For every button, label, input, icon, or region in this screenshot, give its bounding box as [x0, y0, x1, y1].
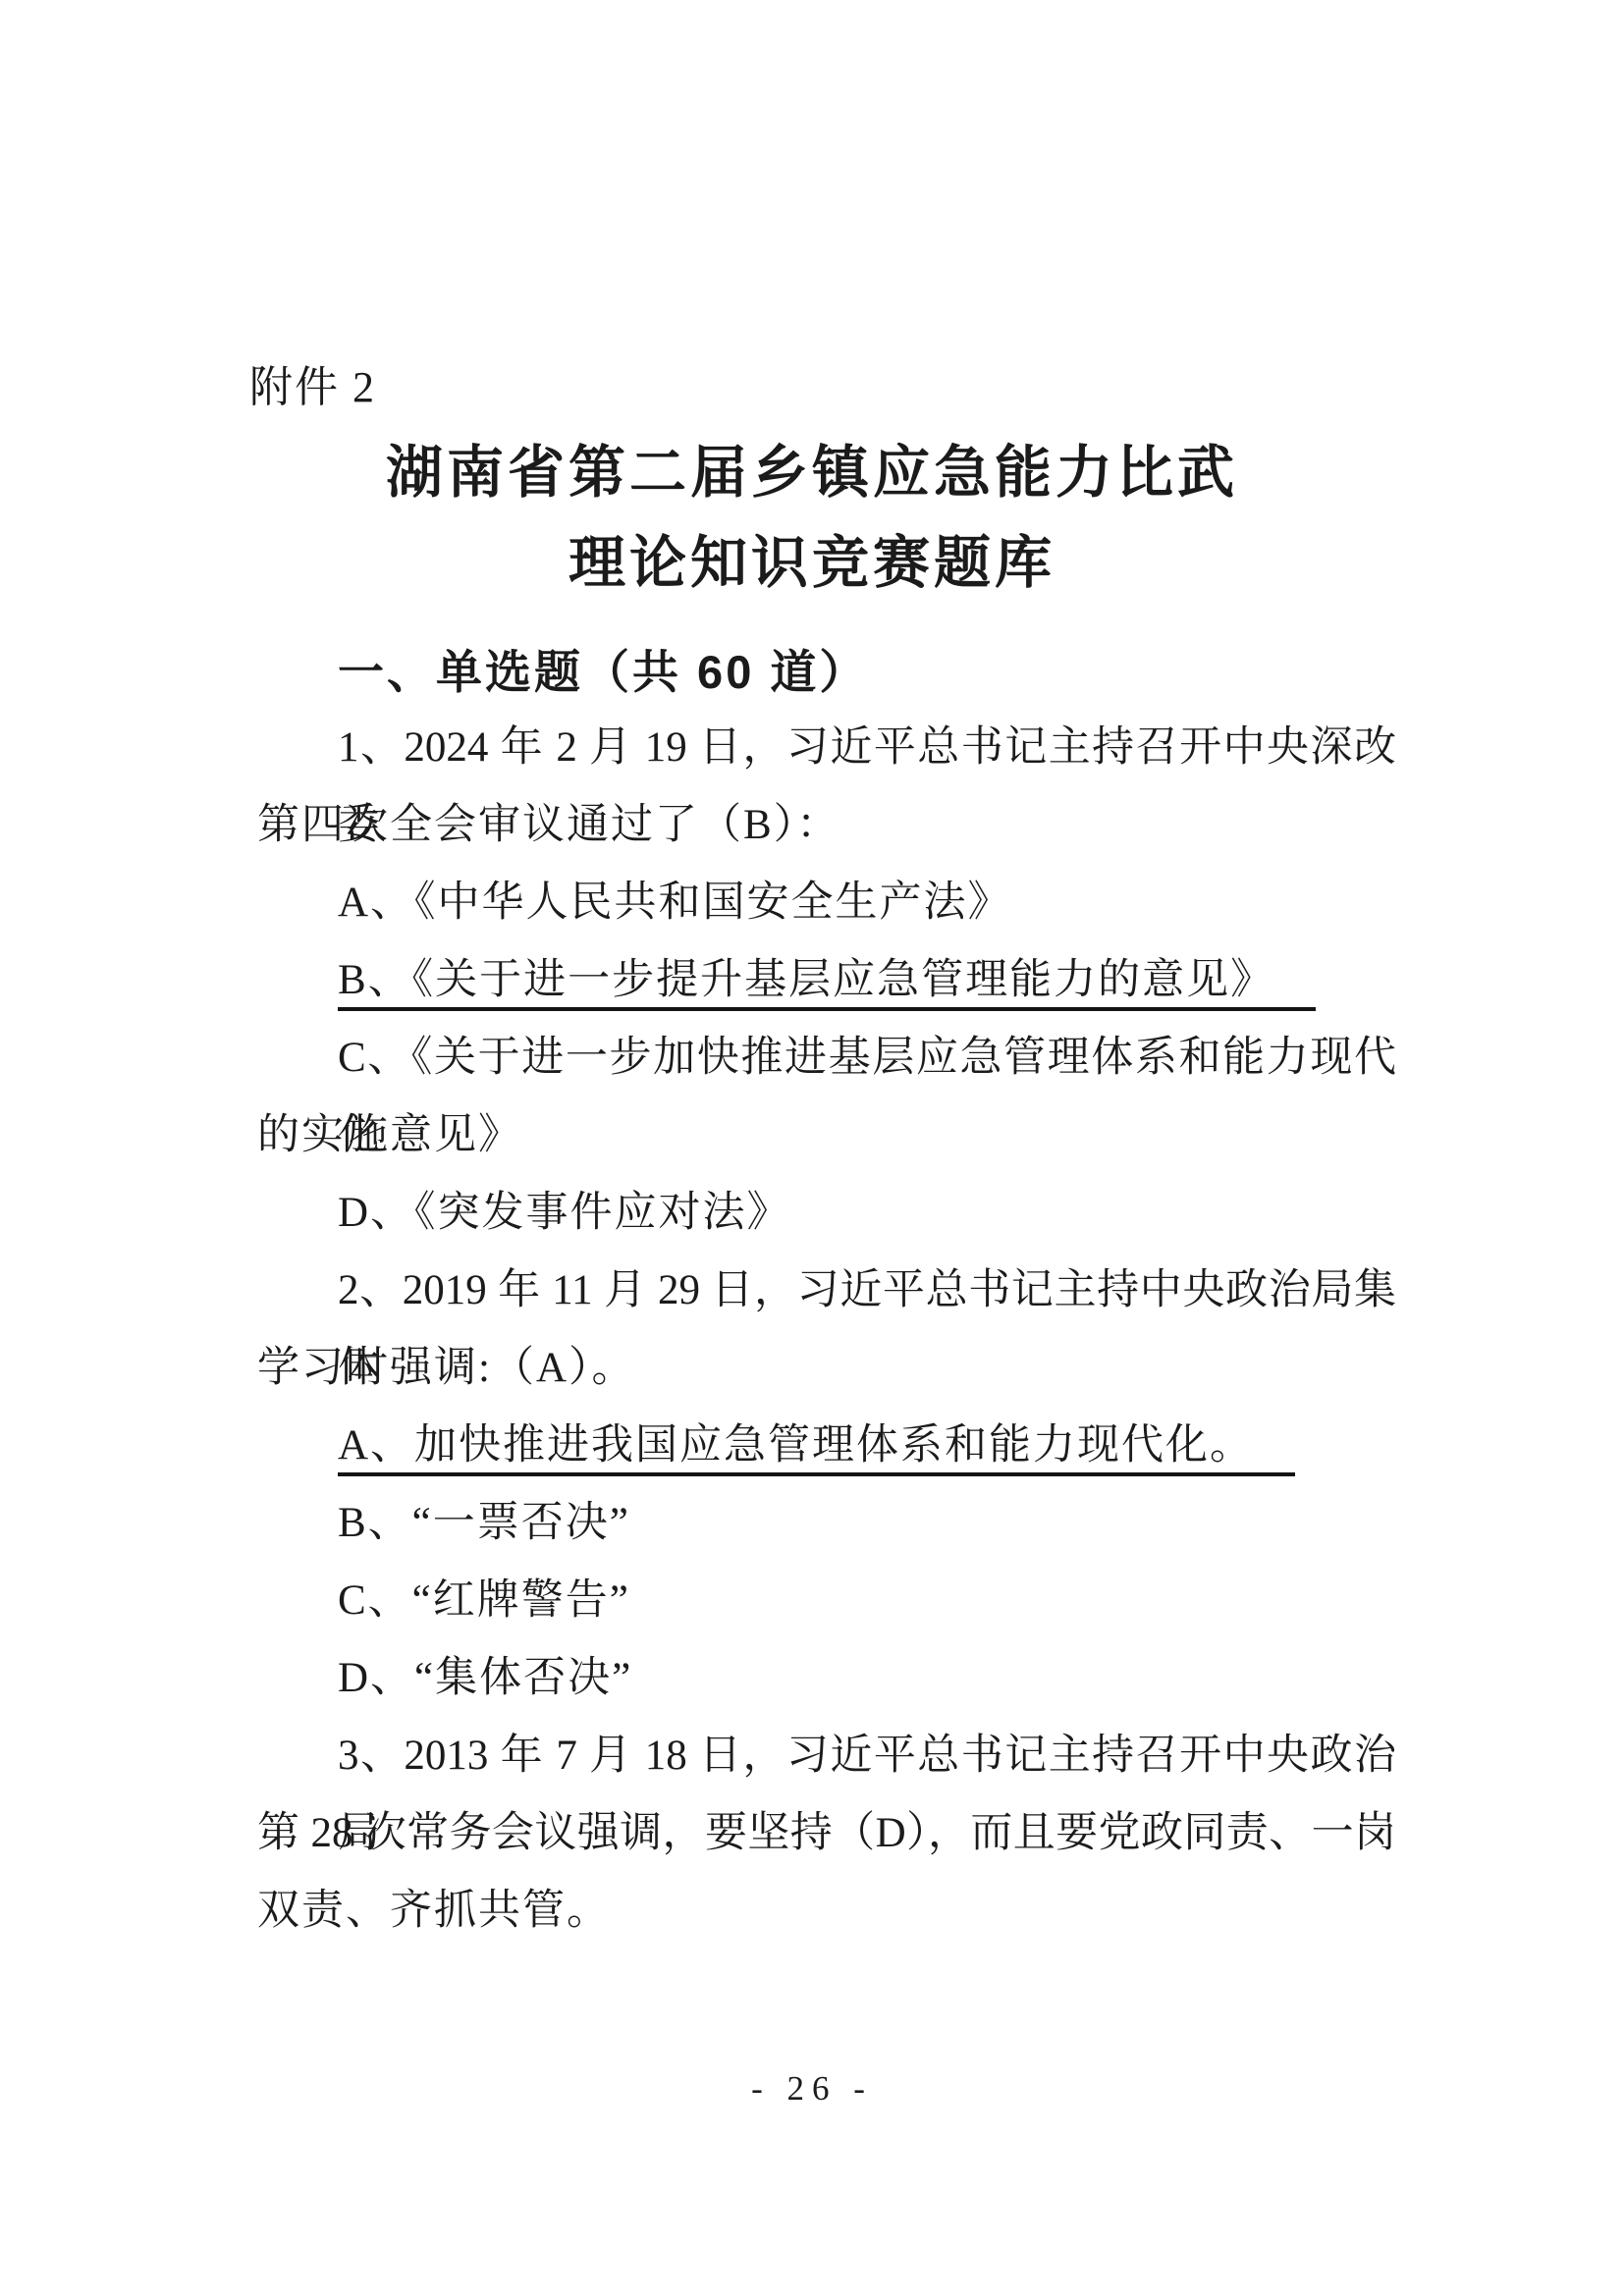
- text-line: C、“红牌警告”: [257, 1562, 1396, 1639]
- text-line: D、“集体否决”: [257, 1639, 1396, 1717]
- document-body: 1、2024 年 2 月 19 日，习近平总书记主持召开中央深改委第四次全会审议…: [257, 709, 1396, 1949]
- text-line: 双责、齐抓共管。: [257, 1872, 1396, 1949]
- text-line: D、《突发事件应对法》: [257, 1174, 1396, 1252]
- underlined-answer-text: A、加快推进我国应急管理体系和能力现代化。: [338, 1421, 1295, 1476]
- text-line: 的实施意见》: [257, 1096, 1396, 1174]
- page-number: - 26 -: [0, 2069, 1624, 2109]
- attachment-label: 附件 2: [249, 351, 376, 414]
- text-line: 第 28 次常务会议强调，要坚持（D），而且要党政同责、一岗: [257, 1794, 1396, 1872]
- text-line: C、《关于进一步加快推进基层应急管理体系和能力现代化: [257, 1019, 1396, 1096]
- document-title-line2: 理论知识竞赛题库: [0, 516, 1624, 599]
- text-line: B、“一票否决”: [257, 1484, 1396, 1562]
- text-line: A、加快推进我国应急管理体系和能力现代化。: [257, 1407, 1396, 1484]
- text-line: 1、2024 年 2 月 19 日，习近平总书记主持召开中央深改委: [257, 709, 1396, 786]
- text-line: 第四次全会审议通过了（B）：: [257, 786, 1396, 864]
- document-page: 附件 2 湖南省第二届乡镇应急能力比武 理论知识竞赛题库 一、单选题（共 60 …: [0, 0, 1624, 2296]
- section-heading: 一、单选题（共 60 道）: [338, 636, 868, 702]
- text-line: 2、2019 年 11 月 29 日，习近平总书记主持中央政治局集体: [257, 1252, 1396, 1329]
- text-line: A、《中华人民共和国安全生产法》: [257, 864, 1396, 941]
- text-line: B、《关于进一步提升基层应急管理能力的意见》: [257, 941, 1396, 1019]
- text-line: 学习时强调:（A）。: [257, 1329, 1396, 1407]
- underlined-answer-text: B、《关于进一步提升基层应急管理能力的意见》: [338, 956, 1316, 1011]
- text-line: 3、2013 年 7 月 18 日，习近平总书记主持召开中央政治局: [257, 1717, 1396, 1794]
- document-title-line1: 湖南省第二届乡镇应急能力比武: [0, 426, 1624, 508]
